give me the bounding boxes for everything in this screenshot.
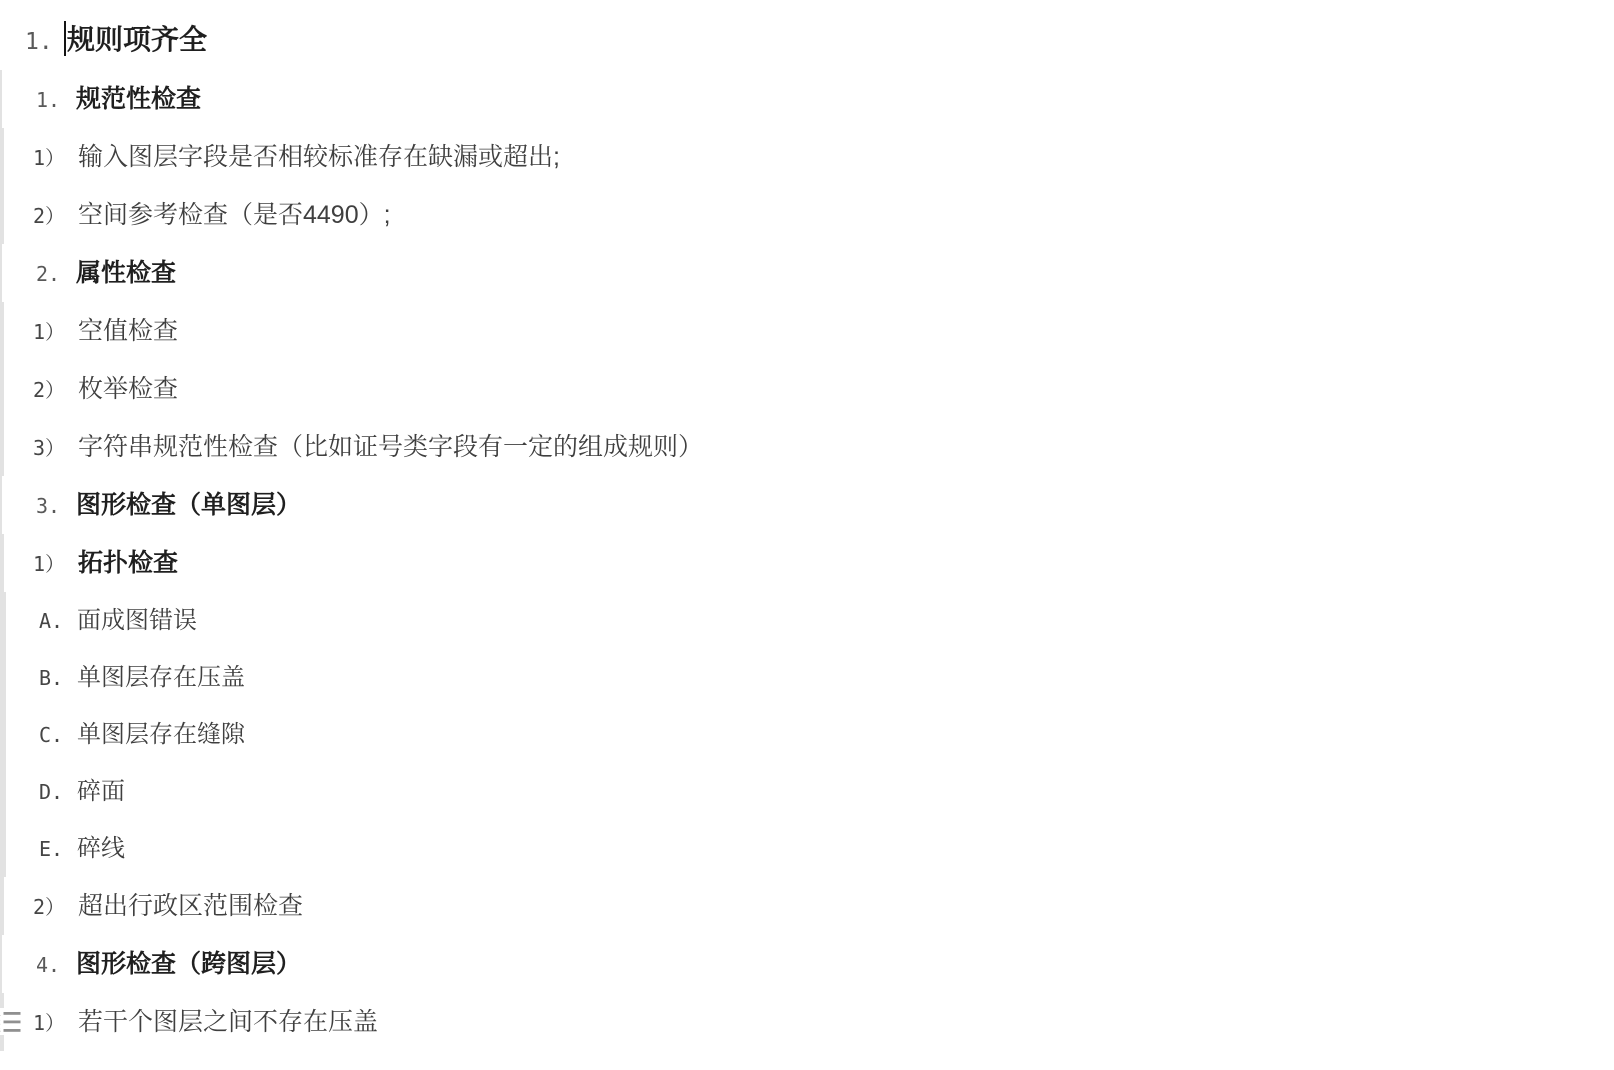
list-item-row[interactable]: 3.图形检查（单图层） <box>2 476 1614 534</box>
list-item: 1）拓扑检查A.面成图错误B.单图层存在压盖C.单图层存在缝隙D.碎面E.碎线 <box>4 534 1614 877</box>
list-marker: D. <box>39 777 77 807</box>
list-marker: C. <box>39 720 77 750</box>
list-item-text: 单图层存在压盖 <box>77 663 245 693</box>
list-item-row[interactable]: 2.属性检查 <box>2 244 1614 302</box>
list-marker: 2） <box>33 201 78 231</box>
list-marker: 2. <box>36 259 76 289</box>
list-item-text: 属性检查 <box>76 258 176 288</box>
list-item: 4.图形检查（跨图层）1231）若干个图层之间不存在压盖 <box>2 935 1614 1051</box>
nested-list-level-3: 1）空值检查2）枚举检查3）字符串规范性检查（比如证号类字段有一定的组成规则） <box>2 302 1614 476</box>
list-item-text: 枚举检查 <box>78 374 178 404</box>
list-item-row[interactable]: D.碎面 <box>6 763 1614 820</box>
list-item-text: 图形检查（跨图层） <box>76 949 301 979</box>
list-item-row[interactable]: 2）空间参考检查（是否4490）; <box>4 186 1614 244</box>
list-item: 1.规范性检查1）输入图层字段是否相较标准存在缺漏或超出;2）空间参考检查（是否… <box>2 70 1614 244</box>
list-marker: A. <box>39 606 77 636</box>
nested-list-level-3: 1）输入图层字段是否相较标准存在缺漏或超出;2）空间参考检查（是否4490）; <box>2 128 1614 244</box>
list-item-text: 单图层存在缝隙 <box>77 720 245 750</box>
list-item: 2）超出行政区范围检查 <box>4 877 1614 935</box>
list-marker: 1） <box>33 317 78 347</box>
list-item: 3.图形检查（单图层）1）拓扑检查A.面成图错误B.单图层存在压盖C.单图层存在… <box>2 476 1614 935</box>
list-item: 3）字符串规范性检查（比如证号类字段有一定的组成规则） <box>4 418 1614 476</box>
list-item-text: 输入图层字段是否相较标准存在缺漏或超出; <box>78 142 560 172</box>
list-item: C.单图层存在缝隙 <box>6 706 1614 763</box>
list-item-row[interactable]: A.面成图错误 <box>6 592 1614 649</box>
list-item: 1）输入图层字段是否相较标准存在缺漏或超出; <box>4 128 1614 186</box>
outline-root: 1.规则项齐全1.规范性检查1）输入图层字段是否相较标准存在缺漏或超出;2）空间… <box>0 11 1614 1051</box>
list-item-text: 规范性检查 <box>76 84 201 114</box>
list-marker: 1） <box>33 549 78 579</box>
list-item-text: 空值检查 <box>78 316 178 346</box>
list-item-row[interactable]: 2）枚举检查 <box>4 360 1614 418</box>
list-item: E.碎线 <box>6 820 1614 877</box>
nested-list-level-4: A.面成图错误B.单图层存在压盖C.单图层存在缝隙D.碎面E.碎线 <box>4 592 1614 877</box>
list-item: D.碎面 <box>6 763 1614 820</box>
svg-text:3: 3 <box>0 1026 1 1035</box>
list-item-row[interactable]: 1）输入图层字段是否相较标准存在缺漏或超出; <box>4 128 1614 186</box>
list-marker: E. <box>39 834 77 864</box>
list-marker: 2） <box>33 892 78 922</box>
nested-list-level-3: 1231）若干个图层之间不存在压盖 <box>2 993 1614 1051</box>
nested-list-level-2: 1.规范性检查1）输入图层字段是否相较标准存在缺漏或超出;2）空间参考检查（是否… <box>0 70 1614 1051</box>
list-item-text: 字符串规范性检查（比如证号类字段有一定的组成规则） <box>78 432 703 462</box>
list-marker: 2） <box>33 375 78 405</box>
list-item: 1.规则项齐全1.规范性检查1）输入图层字段是否相较标准存在缺漏或超出;2）空间… <box>0 11 1614 1051</box>
list-item: B.单图层存在压盖 <box>6 649 1614 706</box>
list-item-row[interactable]: 3）字符串规范性检查（比如证号类字段有一定的组成规则） <box>4 418 1614 476</box>
list-item: 1231）若干个图层之间不存在压盖 <box>4 993 1614 1051</box>
list-item: 2）枚举检查 <box>4 360 1614 418</box>
list-marker: 1. <box>25 27 67 57</box>
list-item-text: 面成图错误 <box>77 606 197 636</box>
list-item-row[interactable]: E.碎线 <box>6 820 1614 877</box>
list-item-text: 规则项齐全 <box>67 25 207 55</box>
document-body: 1.规则项齐全1.规范性检查1）输入图层字段是否相较标准存在缺漏或超出;2）空间… <box>0 0 1614 1051</box>
list-item-text: 拓扑检查 <box>78 548 178 578</box>
list-item-row[interactable]: 1.规范性检查 <box>2 70 1614 128</box>
list-item-text: 超出行政区范围检查 <box>78 891 303 921</box>
list-item-row[interactable]: 2）超出行政区范围检查 <box>4 877 1614 935</box>
list-item-text: 碎线 <box>77 834 125 864</box>
list-item: 2）空间参考检查（是否4490）; <box>4 186 1614 244</box>
list-marker: 1. <box>36 85 76 115</box>
text-caret <box>64 21 66 56</box>
list-marker: 4. <box>36 950 76 980</box>
list-item-row[interactable]: 1.规则项齐全 <box>0 11 1614 70</box>
list-marker: B. <box>39 663 77 693</box>
list-item-text: 碎面 <box>77 777 125 807</box>
list-item-row[interactable]: 4.图形检查（跨图层） <box>2 935 1614 993</box>
list-item-row[interactable]: 1）空值检查 <box>4 302 1614 360</box>
list-marker: 3） <box>33 433 78 463</box>
list-item-row[interactable]: 1）拓扑检查 <box>4 534 1614 592</box>
list-marker: 1） <box>33 1008 78 1038</box>
list-item: 1）空值检查 <box>4 302 1614 360</box>
nested-list-level-3: 1）拓扑检查A.面成图错误B.单图层存在压盖C.单图层存在缝隙D.碎面E.碎线2… <box>2 534 1614 935</box>
list-item-text: 图形检查（单图层） <box>76 490 301 520</box>
list-item: 2.属性检查1）空值检查2）枚举检查3）字符串规范性检查（比如证号类字段有一定的… <box>2 244 1614 476</box>
list-item: A.面成图错误 <box>6 592 1614 649</box>
ordered-list-icon[interactable]: 123 <box>0 1008 23 1035</box>
list-item-row[interactable]: C.单图层存在缝隙 <box>6 706 1614 763</box>
list-marker: 3. <box>36 491 76 521</box>
list-marker: 1） <box>33 143 78 173</box>
list-item-row[interactable]: 1231）若干个图层之间不存在压盖 <box>4 993 1614 1051</box>
page: { "document": { "items": [ { "marker": "… <box>0 0 1614 1070</box>
list-item-row[interactable]: B.单图层存在压盖 <box>6 649 1614 706</box>
list-item-text: 空间参考检查（是否4490）; <box>78 200 391 230</box>
list-item-text: 若干个图层之间不存在压盖 <box>78 1007 378 1037</box>
